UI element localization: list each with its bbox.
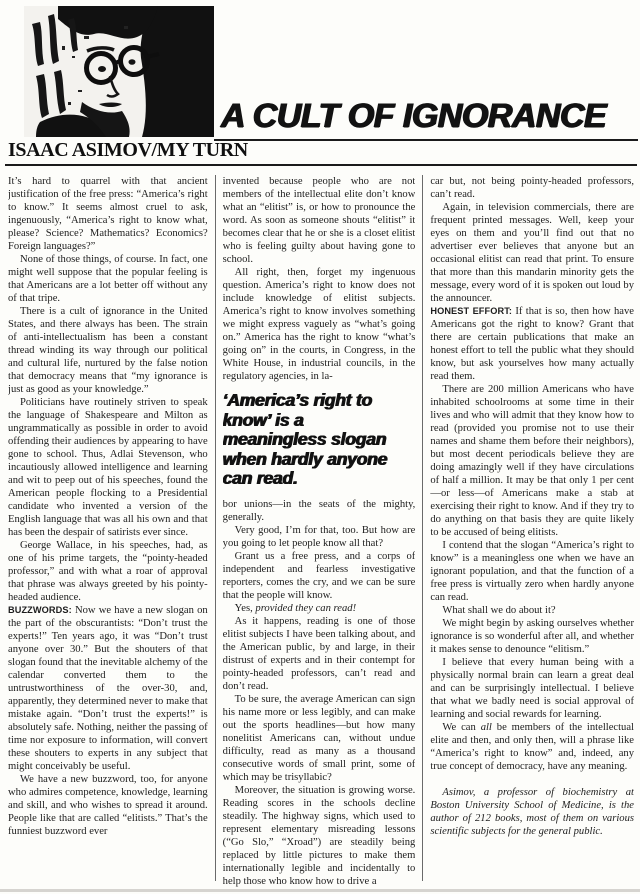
article-paragraph: I believe that every human being with a … <box>430 656 634 721</box>
column-divider <box>422 175 423 881</box>
article-paragraph: Very good, I’m for that, too. But how ar… <box>223 524 416 550</box>
article-paragraph: It’s hard to quarrel with that ancient j… <box>8 175 208 253</box>
article-paragraph: car but, not being pointy-headed profess… <box>430 175 634 201</box>
article-paragraph: BUZZWORDS: Now we have a new slogan on t… <box>8 604 208 773</box>
portrait-photo-graphic <box>24 6 214 137</box>
asimov-portrait-photo <box>24 6 214 137</box>
column-divider <box>215 175 216 881</box>
article-paragraph: Again, in television commercials, there … <box>430 201 634 305</box>
article-paragraph: As it happens, reading is one of those e… <box>223 615 416 693</box>
article-paragraph: Yes, provided they can read! <box>223 602 416 615</box>
column-2: invented because people who are not memb… <box>223 175 416 887</box>
byline: ISAAC ASIMOV/MY TURN <box>8 139 248 162</box>
article-paragraph: There are 200 million Americans who have… <box>430 383 634 539</box>
article-paragraph: Politicians have routinely striven to sp… <box>8 396 208 539</box>
column-1: It’s hard to quarrel with that ancient j… <box>8 175 208 887</box>
article-body: It’s hard to quarrel with that ancient j… <box>8 175 634 887</box>
magazine-article-page: A CULT OF IGNORANCE ISAAC ASIMOV/MY TURN… <box>0 0 640 894</box>
article-paragraph: We might begin by asking ourselves wheth… <box>430 617 634 656</box>
italic-emphasis: all <box>481 722 492 733</box>
italic-emphasis: provided they can read! <box>255 603 356 614</box>
article-paragraph: To be sure, the average American can sig… <box>223 693 416 784</box>
article-paragraph: We have a new buzzword, too, for anyone … <box>8 773 208 838</box>
article-paragraph: George Wallace, in his speeches, had, as… <box>8 539 208 604</box>
article-headline: A CULT OF IGNORANCE <box>221 97 606 136</box>
article-paragraph: bor unions—in the seats of the mighty, g… <box>223 498 416 524</box>
article-paragraph: Moreover, the situation is growing worse… <box>223 784 416 888</box>
bold-lead-in: HONEST EFFORT: <box>430 306 515 316</box>
article-paragraph: Grant us a free press, and a corps of in… <box>223 550 416 602</box>
article-paragraph: There is a cult of ignorance in the Unit… <box>8 305 208 396</box>
byline-rule <box>5 164 637 166</box>
article-paragraph: We can all be members of the intellectua… <box>430 721 634 773</box>
bold-lead-in: BUZZWORDS: <box>8 605 75 615</box>
page-bottom-scan-edge <box>0 889 640 892</box>
article-paragraph: invented because people who are not memb… <box>223 175 416 266</box>
pull-quote: ‘America’s right toknow’ is ameaningless… <box>223 391 416 489</box>
headline-rule <box>214 139 638 141</box>
author-bio: Asimov, a professor of biochemistry at B… <box>430 786 634 838</box>
italic-emphasis: Asimov, a professor of biochemistry at B… <box>430 787 634 837</box>
article-paragraph: What shall we do about it? <box>430 604 634 617</box>
article-paragraph: I contend that the slogan “America’s rig… <box>430 539 634 604</box>
column-3: car but, not being pointy-headed profess… <box>430 175 634 887</box>
article-paragraph: None of those things, of course. In fact… <box>8 253 208 305</box>
article-paragraph: HONEST EFFORT: If that is so, then how h… <box>430 305 634 383</box>
article-paragraph: All right, then, forget my ingenuous que… <box>223 266 416 383</box>
